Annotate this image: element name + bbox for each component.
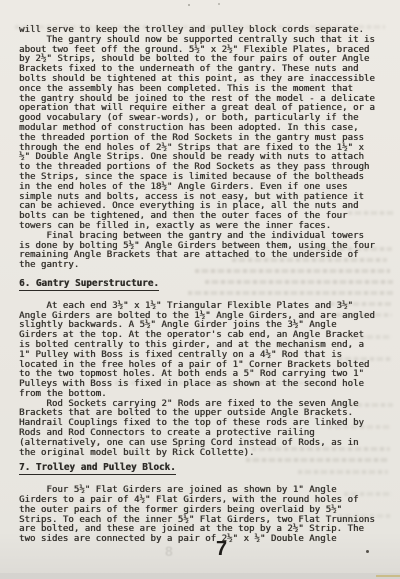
bleedthrough-artifact <box>338 357 392 361</box>
bleedthrough-artifact <box>188 291 393 295</box>
bleedthrough-artifact <box>338 514 392 518</box>
bleedthrough-artifact <box>278 505 290 509</box>
bleedthrough-artifact <box>205 280 393 284</box>
scanned-page: will serve to keep the trolley and pulle… <box>0 0 400 579</box>
bleedthrough-artifact <box>15 25 385 29</box>
section-heading-trolley-pulley-block: 7. Trolley and Pulley Block. <box>19 463 176 475</box>
bleedthrough-artifact <box>328 425 392 429</box>
scan-speck <box>188 4 190 6</box>
bleedthrough-artifact <box>252 447 390 451</box>
bleedthrough-page-number: 8 <box>165 543 173 559</box>
text-line: two sides are connected by a pair of 2½"… <box>19 535 387 545</box>
bleedthrough-artifact <box>195 269 390 273</box>
scan-speck <box>218 3 220 5</box>
bleedthrough-artifact <box>115 381 337 385</box>
bleedthrough-artifact <box>348 211 394 215</box>
bleedthrough-artifact <box>232 258 387 262</box>
page-number: 7 <box>216 538 227 561</box>
bleedthrough-artifact <box>298 470 388 474</box>
bleedthrough-artifact <box>336 313 392 317</box>
bleedthrough-artifact <box>246 458 388 462</box>
bleedthrough-artifact <box>344 492 392 496</box>
bleedthrough-artifact <box>300 247 392 251</box>
bleedthrough-artifact <box>330 302 392 306</box>
bleedthrough-artifact <box>333 403 393 407</box>
document-text-column: will serve to keep the trolley and pulle… <box>19 26 387 545</box>
scan-edge <box>0 573 400 579</box>
scan-speck <box>366 550 369 553</box>
section-heading-gantry-superstructure: 6. Gantry Superstructure. <box>19 279 159 291</box>
scan-edge-tan-line <box>376 575 400 577</box>
bleedthrough-artifact <box>344 335 392 339</box>
